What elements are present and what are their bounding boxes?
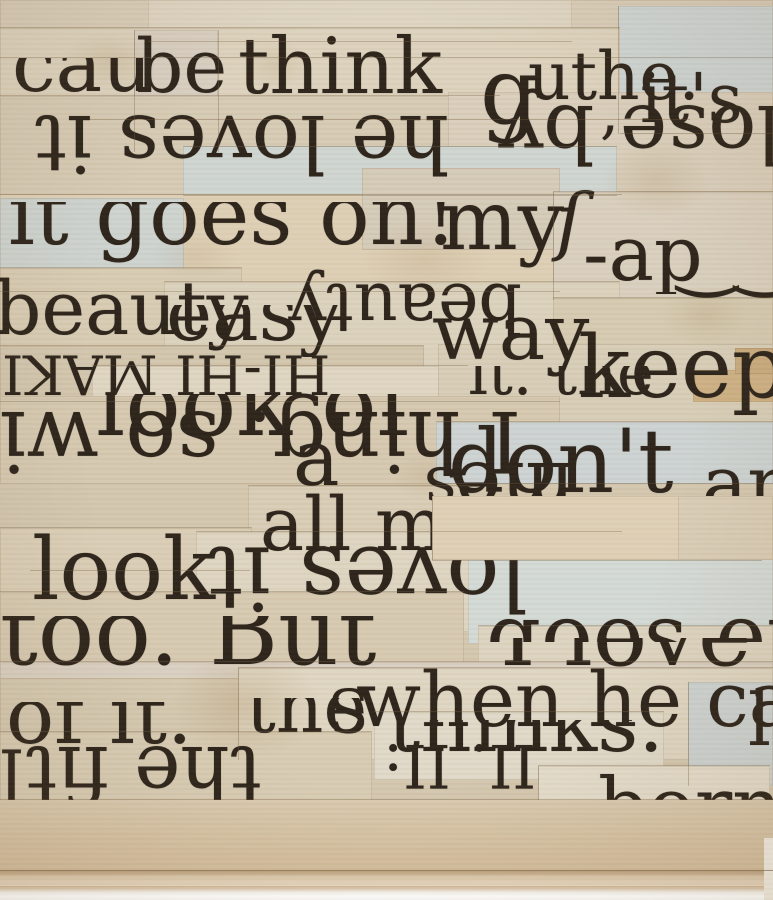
strip-edge bbox=[0, 194, 622, 195]
strip-edge bbox=[538, 765, 770, 766]
text-fragment-13: ‿‿ bbox=[678, 222, 773, 290]
strip-edge-vertical bbox=[688, 682, 689, 786]
strip-edge bbox=[436, 421, 773, 422]
text-fragment-label: my bbox=[440, 205, 564, 261]
strip-edge bbox=[183, 195, 617, 196]
strip-edge bbox=[0, 27, 620, 28]
strip-edge bbox=[553, 297, 773, 298]
text-fragment-9: it goes on! bbox=[8, 202, 458, 264]
text-fragment-17: way bbox=[432, 296, 589, 370]
strip-edge bbox=[478, 625, 773, 626]
strip-edge bbox=[238, 667, 773, 668]
text-fragment-label: way bbox=[432, 296, 589, 370]
strip-edge-vertical bbox=[432, 496, 433, 560]
text-fragment-11: ſ bbox=[556, 186, 583, 256]
strip-edge-vertical bbox=[553, 192, 554, 300]
strip-edge-vertical bbox=[218, 30, 219, 152]
text-fragment-46: ls bbox=[748, 686, 773, 754]
strip-edge bbox=[196, 531, 622, 532]
strip-edge-vertical bbox=[618, 6, 619, 134]
strip-edge bbox=[183, 146, 617, 147]
text-fragment-label: ſ bbox=[556, 186, 583, 256]
strip-edge bbox=[0, 591, 464, 592]
backdrop-corner-sliver bbox=[764, 838, 773, 900]
strip-edge bbox=[30, 570, 250, 571]
strip-edge bbox=[248, 485, 470, 486]
text-fragment-41: II. II: bbox=[383, 736, 536, 793]
paper-bottom-curl-edge bbox=[0, 871, 773, 886]
text-fragment-32: goes en bbox=[486, 596, 773, 642]
strip-edge bbox=[0, 57, 773, 58]
strip-edge bbox=[0, 291, 560, 292]
strip-edge bbox=[90, 119, 690, 120]
strip-edge bbox=[553, 191, 773, 192]
paper-strip-cover bbox=[678, 496, 773, 560]
strip-edge bbox=[0, 345, 424, 346]
text-fragment-label: II. II: bbox=[383, 736, 536, 793]
text-fragment-label: it goes on! bbox=[8, 202, 458, 256]
strip-edge bbox=[0, 661, 773, 662]
text-fragment-label: too. But bbox=[0, 616, 376, 677]
text-fragment-31: too. But bbox=[0, 616, 376, 682]
text-fragment-7: he loves it bbox=[35, 105, 450, 181]
text-fragment-label: the bbox=[246, 698, 367, 742]
text-fragment-label: he loves it bbox=[35, 105, 450, 181]
strip-edge bbox=[0, 731, 372, 732]
strip-edge bbox=[0, 401, 560, 402]
text-fragment-1: be bbox=[136, 32, 227, 102]
strip-edge bbox=[432, 560, 762, 561]
strip-edge bbox=[436, 483, 773, 484]
paper-bottom-band bbox=[0, 800, 773, 872]
strip-edge-vertical bbox=[238, 668, 239, 760]
text-fragment-label: be bbox=[136, 32, 227, 102]
strip-edge bbox=[374, 711, 664, 712]
strip-edge-vertical bbox=[134, 30, 135, 152]
strip-edge bbox=[148, 41, 572, 42]
text-fragment-label: ls bbox=[748, 686, 773, 754]
paper-curl-shadow-line bbox=[0, 870, 773, 871]
backdrop-white-edge bbox=[0, 886, 773, 900]
strip-edge bbox=[620, 133, 773, 134]
strip-edge bbox=[0, 267, 242, 268]
collage-artwork: caubethinkguthe.,it'she loves itlose byi… bbox=[0, 0, 773, 900]
text-fragment-label: goes en bbox=[486, 596, 773, 642]
text-fragment-label: ‿‿ bbox=[678, 222, 773, 290]
strip-edge bbox=[0, 95, 500, 96]
strip-edge bbox=[0, 527, 252, 528]
strip-edge bbox=[92, 365, 468, 366]
text-fragment-10: my bbox=[440, 205, 564, 273]
text-fragment-36: the bbox=[246, 698, 367, 750]
strip-edge bbox=[164, 281, 620, 282]
